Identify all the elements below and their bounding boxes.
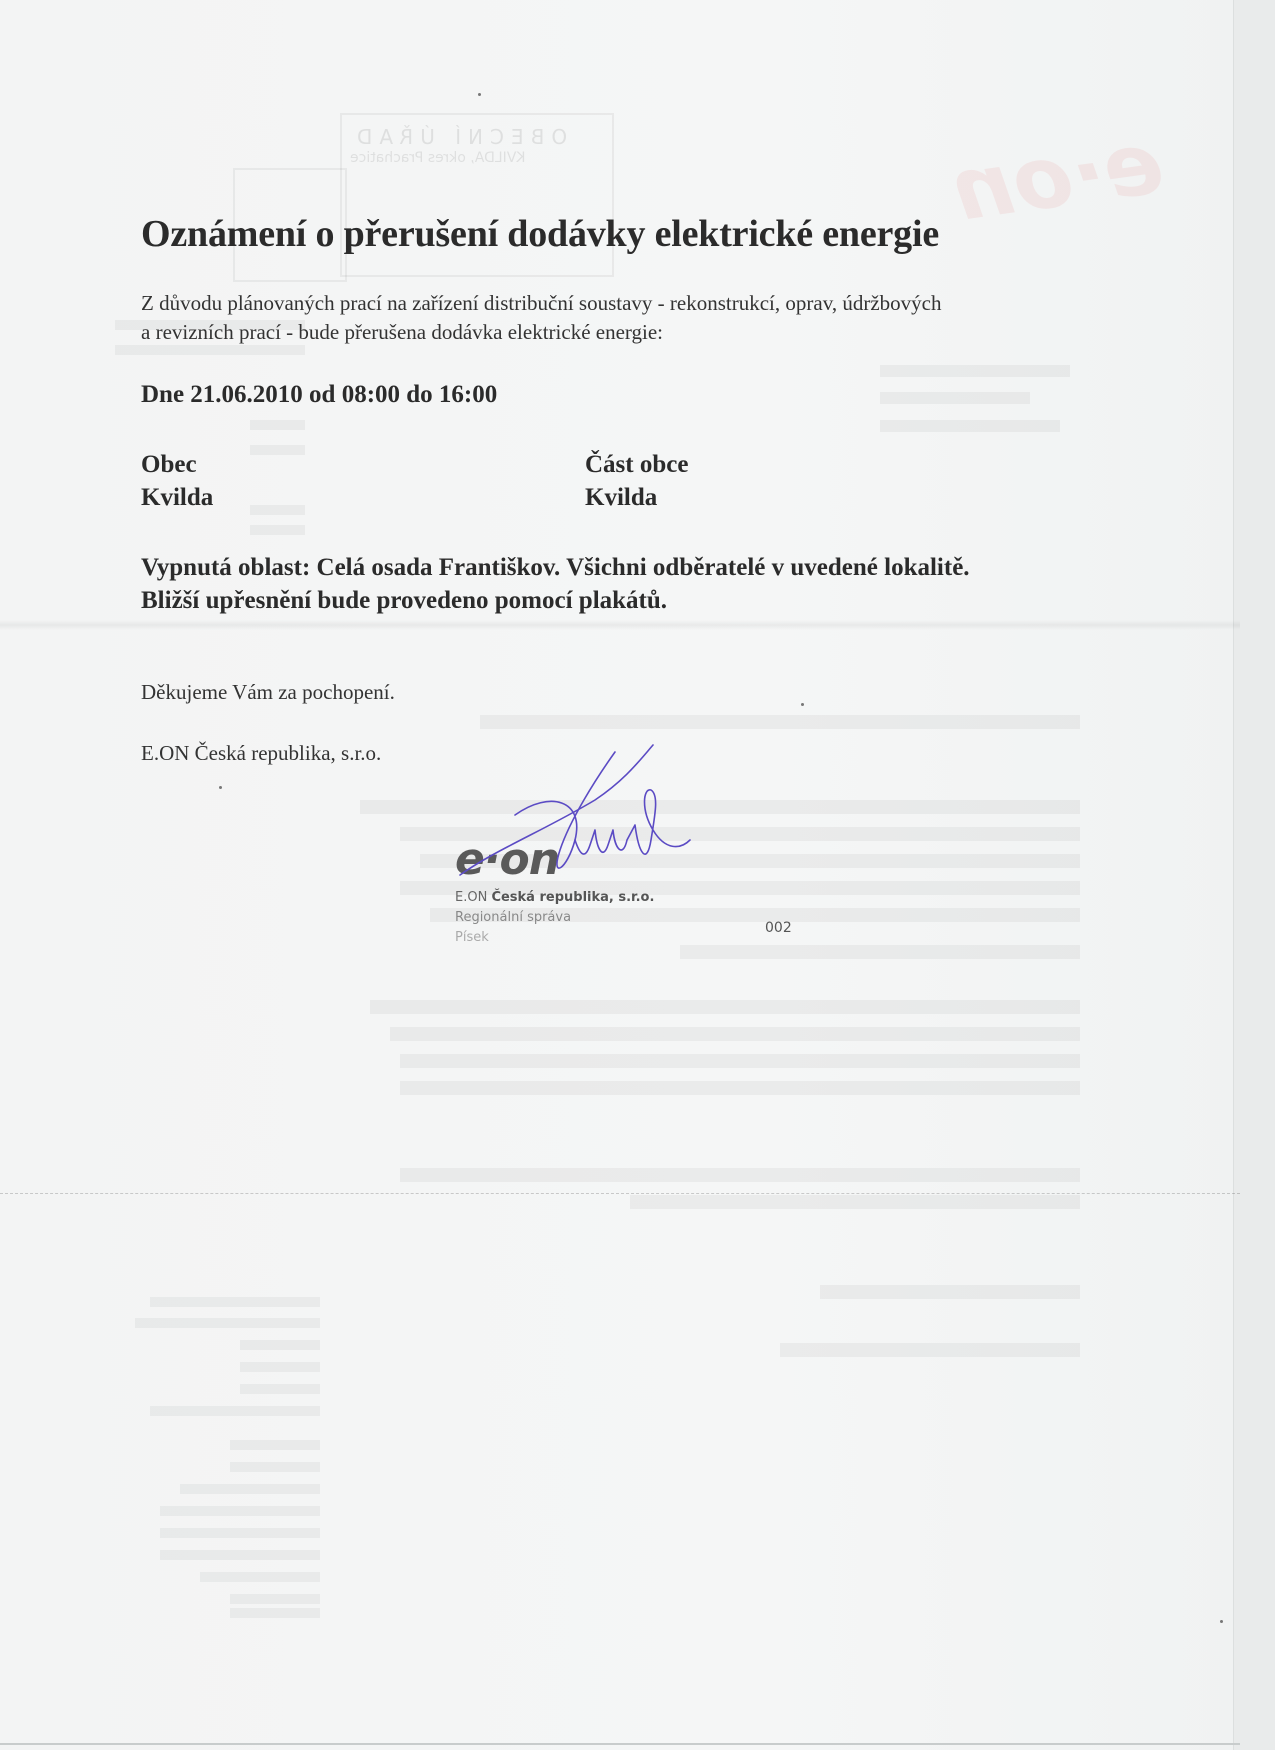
ghost-text-line: [880, 392, 1030, 404]
municipality-part-label: Část obce: [585, 448, 688, 481]
outage-area: Vypnutá oblast: Celá osada Františkov. V…: [141, 551, 1151, 617]
outage-area-line-1: Vypnutá oblast: Celá osada Františkov. V…: [141, 551, 1151, 584]
stamp-city: Písek: [455, 930, 489, 945]
intro-line-2: a revizních prací - bude přerušena dodáv…: [141, 318, 1131, 347]
ghost-text-line: [230, 1440, 320, 1450]
paper-fold: [0, 1193, 1240, 1195]
municipality-value: Kvilda: [141, 481, 213, 514]
ghost-text-line: [390, 1027, 1080, 1041]
ghost-text-line: [200, 1572, 320, 1582]
ghost-text-line: [250, 420, 305, 430]
stamp-department: Regionální správa: [455, 910, 571, 925]
ghost-text-line: [880, 365, 1070, 377]
ghost-text-line: [250, 525, 305, 535]
municipality-label: Obec: [141, 448, 213, 481]
ghost-text-line: [150, 1297, 320, 1307]
municipality-part-block: Část obce Kvilda: [585, 448, 688, 514]
stamp-company-name: Česká republika, s.r.o.: [491, 890, 654, 905]
ghost-text-line: [135, 1318, 320, 1328]
ghost-text-line: [160, 1528, 320, 1538]
ghost-text-line: [160, 1550, 320, 1560]
stamp-number: 002: [765, 920, 792, 936]
ghost-text-line: [680, 945, 1080, 959]
speck: [801, 703, 804, 706]
scanned-page: e·on OBECNÍ ÚŘAD KVILDA, okres Prachatic…: [0, 0, 1275, 1750]
company-name: E.ON Česká republika, s.r.o.: [141, 741, 381, 766]
speck: [478, 93, 481, 96]
signature: [455, 740, 705, 890]
intro-line-1: Z důvodu plánovaných prací na zařízení d…: [141, 289, 1131, 318]
thanks-text: Děkujeme Vám za pochopení.: [141, 680, 395, 705]
ghost-text-line: [230, 1462, 320, 1472]
document-title: Oznámení o přerušení dodávky elektrické …: [141, 212, 939, 256]
outage-area-line-2: Bližší upřesnění bude provedeno pomocí p…: [141, 584, 1151, 617]
ghost-text-line: [780, 1343, 1080, 1357]
ghost-text-line: [400, 1081, 1080, 1095]
ghost-text-line: [230, 1608, 320, 1618]
ghost-text-line: [630, 1195, 1080, 1209]
ghost-text-line: [180, 1484, 320, 1494]
page-edge: [1233, 0, 1275, 1750]
outage-datetime: Dne 21.06.2010 od 08:00 do 16:00: [141, 381, 497, 409]
ghost-eon-logo: e·on: [935, 119, 1180, 236]
ghost-text-line: [240, 1384, 320, 1394]
ghost-text-line: [250, 505, 305, 515]
ghost-text-line: [400, 1054, 1080, 1068]
intro-paragraph: Z důvodu plánovaných prací na zařízení d…: [141, 289, 1131, 347]
ghost-stamp-text-1: OBECNÍ ÚŘAD: [350, 125, 567, 149]
ghost-text-line: [160, 1506, 320, 1516]
ghost-stamp-text-2: KVILDA, okres Prachatice: [350, 150, 526, 166]
speck: [1220, 1620, 1223, 1623]
ghost-text-line: [400, 1168, 1080, 1182]
paper-fold: [0, 620, 1240, 630]
municipality-part-value: Kvilda: [585, 481, 688, 514]
page-bottom-edge: [0, 1743, 1240, 1745]
ghost-text-line: [240, 1362, 320, 1372]
municipality-block: Obec Kvilda: [141, 448, 213, 514]
ghost-text-line: [880, 420, 1060, 432]
ghost-text-line: [240, 1340, 320, 1350]
ghost-text-line: [370, 1000, 1080, 1014]
stamp-company-prefix: E.ON: [455, 890, 491, 905]
ghost-text-line: [820, 1285, 1080, 1299]
ghost-text-line: [250, 445, 305, 455]
ghost-text-line: [480, 715, 1080, 729]
ghost-text-line: [150, 1406, 320, 1416]
speck: [219, 786, 222, 789]
ghost-text-line: [230, 1594, 320, 1604]
stamp-company-line: E.ON Česká republika, s.r.o.: [455, 890, 654, 905]
